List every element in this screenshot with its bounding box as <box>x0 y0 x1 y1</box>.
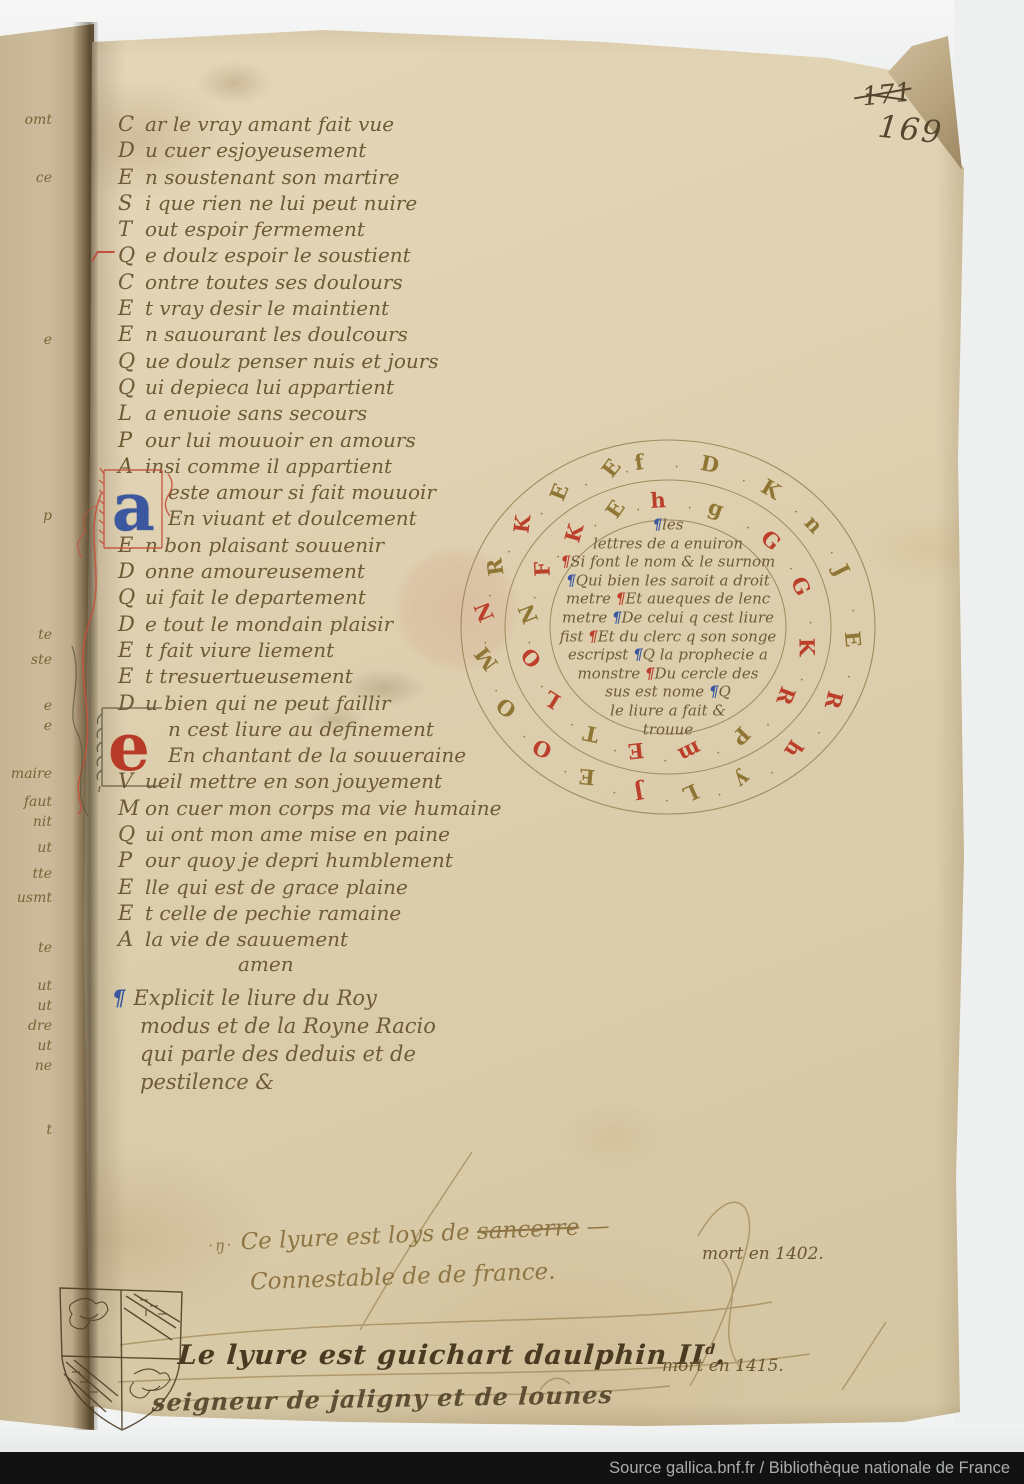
ring-dot: · <box>817 726 821 741</box>
verse-initial: C <box>118 112 145 136</box>
poem-line: Pour quoy je depri humblement <box>118 848 501 874</box>
verse-text: t celle de pechie ramaine <box>145 901 401 925</box>
verse-initial: E <box>118 165 145 189</box>
center-text: les <box>662 515 683 533</box>
poem-line: Mon cuer mon corps ma vie humaine <box>118 796 501 822</box>
pilcrow: ¶ <box>566 571 576 589</box>
verse-initial: T <box>118 217 145 241</box>
facing-page-text-fragment: dre <box>2 1018 52 1034</box>
verse-text: ueil mettre en son jouyement <box>145 769 442 793</box>
poem-line: Qui ont mon ame mise en paine <box>118 822 501 848</box>
center-text: fist <box>560 627 589 645</box>
center-text: Si font le nom & le surnom <box>570 553 775 571</box>
ring-dot: · <box>770 766 774 781</box>
center-text: escripst <box>568 646 633 664</box>
verse-initial: M <box>118 796 145 820</box>
wheel-center-line: escripst ¶Q la prophecie a <box>538 646 798 665</box>
verse-text: out espoir fermement <box>145 217 365 241</box>
verse-text: t vray desir le maintient <box>145 296 389 320</box>
facing-page-text-fragment: faut <box>2 794 52 810</box>
verse-text: este amour si fait mouuoir <box>168 480 436 504</box>
verse-text: En viuant et doulcement <box>168 506 417 530</box>
center-text: Et du clerc q son songe <box>598 627 777 645</box>
blue-pilcrow: ¶ <box>112 985 125 1010</box>
poem-line: Elle qui est de grace plaine <box>118 875 501 901</box>
ring-dot: · <box>674 460 678 475</box>
verse-initial: Q <box>118 585 145 609</box>
verse-initial: E <box>118 664 145 688</box>
verse-text: n soustenant son martire <box>145 165 399 189</box>
verse-text: our lui mouuoir en amours <box>145 428 416 452</box>
explicit-line: pestilence & <box>112 1068 436 1096</box>
center-text: monstre <box>578 664 645 682</box>
explicit-text: Explicit le liure du Roy <box>133 986 377 1010</box>
wheel-center-line: trouue <box>538 720 798 739</box>
verse-text: onne amoureusement <box>145 559 365 583</box>
struck-word: sancerre <box>476 1215 579 1245</box>
verse-text: n sauourant les doulcours <box>145 322 408 346</box>
facing-page-text-fragment: tte <box>2 866 52 882</box>
svg-text:e: e <box>108 708 150 786</box>
verse-text: u cuer esjoyeusement <box>145 138 366 162</box>
center-text: metre <box>566 590 616 608</box>
center-text: De celui q cest liure <box>622 608 774 626</box>
verse-text: ar le vray amant fait vue <box>145 112 394 136</box>
verse-initial: E <box>118 322 145 346</box>
wheel-center-line: monstre ¶Du cercle des <box>538 664 798 683</box>
verse-text: ue doulz penser nuis et jours <box>145 349 439 373</box>
verse-initial: C <box>118 270 145 294</box>
wheel-center-line: le liure a fait & <box>538 701 798 720</box>
decorated-initial-a: a <box>98 464 176 557</box>
center-text: Qui bien les saroit a droit <box>576 571 770 589</box>
wheel-letter: h <box>650 487 667 513</box>
poem-line: En soustenant son martire <box>118 165 501 191</box>
wheel-center-line: ¶Si font le nom & le surnom <box>538 553 798 572</box>
wheel-center-line: lettres de a enuiron <box>538 534 798 553</box>
verse-text: our quoy je depri humblement <box>145 848 453 872</box>
facing-page-text-fragment: maire <box>2 766 52 782</box>
facing-page-text-fragment: ut <box>2 840 52 856</box>
ring-dot: · <box>665 794 669 809</box>
facing-page-text-fragment: e <box>2 718 52 734</box>
ring-dot: · <box>483 636 487 651</box>
gallica-source-text: Source gallica.bnf.fr / Bibliothèque nat… <box>609 1452 1010 1484</box>
pilcrow: ¶ <box>612 608 622 626</box>
verse-text: lle qui est de grace plaine <box>145 875 408 899</box>
poem-line: Pour lui mouuoir en amours <box>118 428 501 454</box>
facing-page-text-fragment: p <box>2 508 52 524</box>
ring-dot: · <box>522 730 526 745</box>
verse-text: i que rien ne lui peut nuire <box>145 191 417 215</box>
facing-page-text-fragment: ut <box>2 1038 52 1054</box>
explicit-text: pestilence & <box>140 1070 274 1094</box>
facing-page-text-fragment: ne <box>2 1058 52 1074</box>
center-text: le liure a fait & <box>610 701 726 719</box>
verse-text: e doulz espoir le soustient <box>145 243 411 267</box>
poem-line: Et celle de pechie ramaine <box>118 901 501 927</box>
poem-line: De tout le mondain plaisir <box>118 612 501 638</box>
scan-background-right <box>954 0 1024 1452</box>
wheel-letter: K <box>795 638 820 657</box>
ring-dot: · <box>742 474 746 489</box>
folio-number-crossed: 171 <box>861 77 914 112</box>
verse-text: ui fait le departement <box>145 585 366 609</box>
poem-line: Si que rien ne lui peut nuire <box>118 191 501 217</box>
explicit-line: qui parle des deduis et de <box>112 1040 436 1068</box>
facing-page-text-fragment: ce <box>2 170 52 186</box>
decorated-initial-e: e <box>94 700 178 795</box>
center-text: Du cercle des <box>655 664 759 682</box>
ring-dot: · <box>830 546 834 561</box>
pilcrow: ¶ <box>709 683 719 701</box>
folio-number: 169 <box>876 109 945 152</box>
wheel-letter: E <box>839 629 865 647</box>
initial-e-penwork: e <box>94 700 178 792</box>
poem-line: Contre toutes ses doulours <box>118 270 501 296</box>
svg-text:a: a <box>112 468 155 546</box>
facing-page-text-fragment: ut <box>2 998 52 1014</box>
ring-dot: · <box>625 465 629 480</box>
verse-initial: D <box>118 612 145 636</box>
verse-initial: E <box>118 901 145 925</box>
wheel-center-line: ¶les <box>538 515 798 534</box>
verse-text: t tresuertueusement <box>145 664 353 688</box>
poem-line: Qui depieca lui appartient <box>118 375 501 401</box>
verse-initial: L <box>118 401 145 425</box>
facing-page-text-fragment: e <box>2 332 52 348</box>
poem-line: La enuoie sans secours <box>118 401 501 427</box>
wheel-letter: R <box>482 557 509 578</box>
verse-text: u bien qui ne peut faillir <box>145 691 390 715</box>
poem-line: Car le vray amant fait vue <box>118 112 501 138</box>
explicit-line: modus et de la Royne Racio <box>112 1012 436 1040</box>
verse-text: ontre toutes ses doulours <box>145 270 403 294</box>
center-text: Et aueques de lenc <box>625 590 770 608</box>
verse-initial: Q <box>118 349 145 373</box>
wheel-letter: K <box>509 514 536 535</box>
ring-dot: · <box>527 636 531 651</box>
wheel-letter: E <box>578 764 596 790</box>
verse-text: t fait viure liement <box>145 638 334 662</box>
ring-dot: · <box>717 788 721 803</box>
ring-dot: · <box>494 684 498 699</box>
ring-dot: · <box>663 754 667 769</box>
center-text: metre <box>562 608 612 626</box>
verse-initial: E <box>118 638 145 662</box>
poem-line: Et vray desir le maintient <box>118 296 501 322</box>
verse-text: e tout le mondain plaisir <box>145 612 393 636</box>
explicit-text: qui parle des deduis et de <box>140 1042 416 1066</box>
verse-text: En chantant de la souueraine <box>168 743 466 767</box>
ring-dot: · <box>716 746 720 761</box>
pilcrow: ¶ <box>616 590 626 608</box>
ring-dot: · <box>847 670 851 685</box>
poem-line: Qui fait le departement <box>118 585 501 611</box>
facing-page-text-fragment: nit <box>2 814 52 830</box>
verse-text: la vie de sauuement <box>145 927 348 951</box>
gallica-footer-bar: Source gallica.bnf.fr / Bibliothèque nat… <box>0 1452 1024 1484</box>
ring-dot: · <box>851 604 855 619</box>
verse-initial: E <box>118 875 145 899</box>
ring-dot: · <box>612 786 616 801</box>
wheel-center-line: sus est nome ¶Q <box>538 683 798 702</box>
poem-line: Donne amoureusement <box>118 559 501 585</box>
verse-text: a enuoie sans secours <box>145 401 367 425</box>
facing-page-text-fragment: ut <box>2 978 52 994</box>
poem-line: Ala vie de sauuement <box>118 927 501 953</box>
ring-dot: · <box>488 589 492 604</box>
facing-page-text-fragment: ste <box>2 652 52 668</box>
verse-initial: P <box>118 428 145 452</box>
verse-initial: D <box>118 138 145 162</box>
pilcrow: ¶ <box>588 627 598 645</box>
facing-page-text-fragment: te <box>2 940 52 956</box>
verse-initial: S <box>118 191 145 215</box>
poem-line: Tout espoir fermement <box>118 217 501 243</box>
poem-line: Qe doulz espoir le soustient <box>118 243 501 269</box>
ring-dot: · <box>613 744 617 759</box>
amen-word: amen <box>238 952 294 976</box>
facing-page-text-fragment: omt <box>2 112 52 128</box>
poem-line: Et tresuertueusement <box>118 664 501 690</box>
facing-page-text-fragment: usmt <box>2 890 52 906</box>
verse-initial: Q <box>118 243 145 267</box>
death-date-1402: mort en 1402. <box>702 1244 824 1264</box>
center-text: sus est nome <box>605 683 709 701</box>
center-text: Q la prophecie a <box>643 646 768 664</box>
wheel-letter: E <box>627 737 646 764</box>
wheel-center-line: ¶Qui bien les saroit a droit <box>538 571 798 590</box>
verse-text: insi comme il appartient <box>145 454 392 478</box>
explicit-block: ¶Explicit le liure du Roymodus et de la … <box>112 984 436 1096</box>
center-text: trouue <box>643 720 693 738</box>
verse-text: on cuer mon corps ma vie humaine <box>145 796 501 820</box>
ownership-note-1415: Le lyure est guichart daulphin IId. <box>177 1340 727 1371</box>
verse-text: ui ont mon ame mise en paine <box>145 822 450 846</box>
ring-dot: · <box>507 545 511 560</box>
center-text: Q <box>719 683 731 701</box>
wheel-center-line: metre ¶Et aueques de lenc <box>538 590 798 609</box>
center-text: lettres de a enuiron <box>593 534 743 552</box>
pilcrow: ¶ <box>561 553 571 571</box>
verse-initial: E <box>118 296 145 320</box>
ring-dot: · <box>800 673 804 688</box>
note-prefix: ·ŋ· <box>208 1236 234 1255</box>
wheel-center-line: fist ¶Et du clerc q son songe <box>538 627 798 646</box>
verse-initial: D <box>118 559 145 583</box>
ring-dot: · <box>688 501 692 516</box>
wheel-center-line: metre ¶De celui q cest liure <box>538 608 798 627</box>
explicit-text: modus et de la Royne Racio <box>140 1014 436 1038</box>
verse-initial: Q <box>118 822 145 846</box>
poem-line: En sauourant les doulcours <box>118 322 501 348</box>
ring-dot: · <box>808 616 812 631</box>
explicit-line: ¶Explicit le liure du Roy <box>112 984 436 1012</box>
death-date-1415: mort en 1415. <box>662 1356 784 1376</box>
anagram-wheel-diagram: f·D·K·n·J·E·R·h·y·L·J·E·O·O·M·N·R·K·E·E·… <box>452 431 884 823</box>
verse-text: n bon plaisant souuenir <box>145 533 384 557</box>
facing-page-text-fragment: te <box>2 627 52 643</box>
pilcrow: ¶ <box>653 515 663 533</box>
wheel-center-text: ¶leslettres de a enuiron¶Si font le nom … <box>538 515 798 738</box>
verse-text: n cest liure au definement <box>168 717 434 741</box>
verse-text: ui depieca lui appartient <box>145 375 394 399</box>
verse-initial: Q <box>118 375 145 399</box>
facing-page-text-fragment: e <box>2 698 52 714</box>
pilcrow: ¶ <box>645 664 655 682</box>
verse-initial: P <box>118 848 145 872</box>
verse-initial: A <box>118 927 145 951</box>
dark-margin-flourish <box>58 640 98 820</box>
pilcrow: ¶ <box>633 646 643 664</box>
initial-a-filigree: a <box>98 464 176 554</box>
poem-line: Et fait viure liement <box>118 638 501 664</box>
facing-page-text-fragment: t <box>2 1122 52 1138</box>
ring-dot: · <box>563 765 567 780</box>
poem-line: Du cuer esjoyeusement <box>118 138 501 164</box>
ring-dot: · <box>533 591 537 606</box>
poem-line: Que doulz penser nuis et jours <box>118 349 501 375</box>
ring-dot: · <box>584 478 588 493</box>
